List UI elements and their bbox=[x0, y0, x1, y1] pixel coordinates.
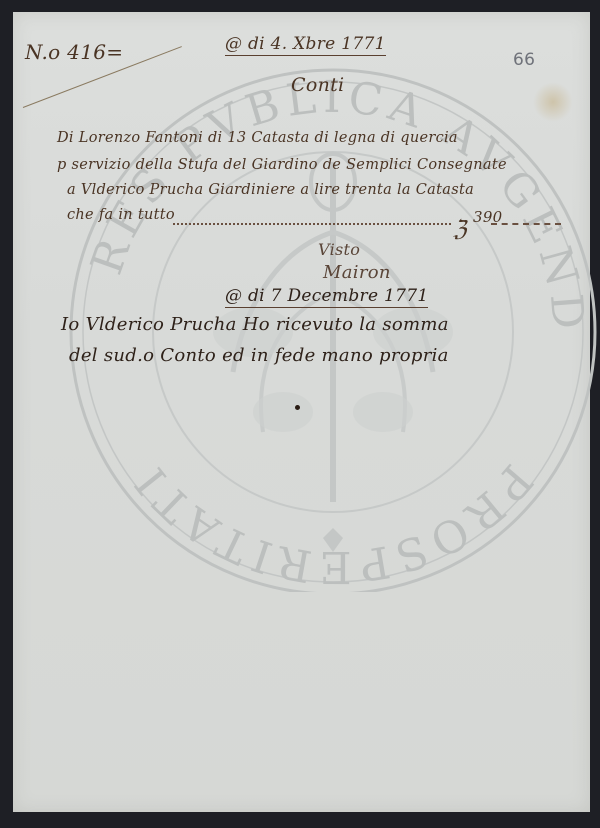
body-line-2: p servizio della Stufa del Giardino de S… bbox=[57, 157, 507, 173]
body-line-4: che fa in tutto bbox=[67, 207, 175, 223]
approval-label: Visto bbox=[318, 240, 360, 259]
receipt-line-1: Io Vlderico Prucha Ho ricevuto la somma bbox=[61, 314, 449, 335]
amount-value: 390 bbox=[473, 208, 503, 226]
header-date: @ di 4. Xbre 1771 bbox=[225, 34, 386, 56]
currency-symbol: ℨ bbox=[453, 217, 467, 242]
receipt-date: @ di 7 Decembre 1771 bbox=[225, 286, 428, 308]
dotted-leader bbox=[173, 223, 451, 225]
svg-text:PROSPERITATI: PROSPERITATI bbox=[122, 453, 541, 592]
body-line-3: a Vlderico Prucha Giardiniere a lire tre… bbox=[67, 182, 474, 198]
receipt-line-2: del sud.o Conto ed in fede mano propria bbox=[69, 345, 449, 366]
paper-stain bbox=[533, 82, 573, 122]
approval-signature: Mairon bbox=[323, 262, 391, 283]
document-title: Conti bbox=[291, 74, 344, 96]
document-page: RES PVBLICA AVGENDAE PROSPERITATI N.o 41… bbox=[13, 12, 590, 812]
seal-watermark-icon: RES PVBLICA AVGENDAE PROSPERITATI bbox=[53, 32, 600, 592]
ink-dot bbox=[295, 405, 300, 410]
body-line-1: Di Lorenzo Fantoni di 13 Catasta di legn… bbox=[57, 130, 458, 146]
archive-number: N.o 416= bbox=[25, 40, 123, 64]
folio-number: 66 bbox=[513, 50, 535, 70]
